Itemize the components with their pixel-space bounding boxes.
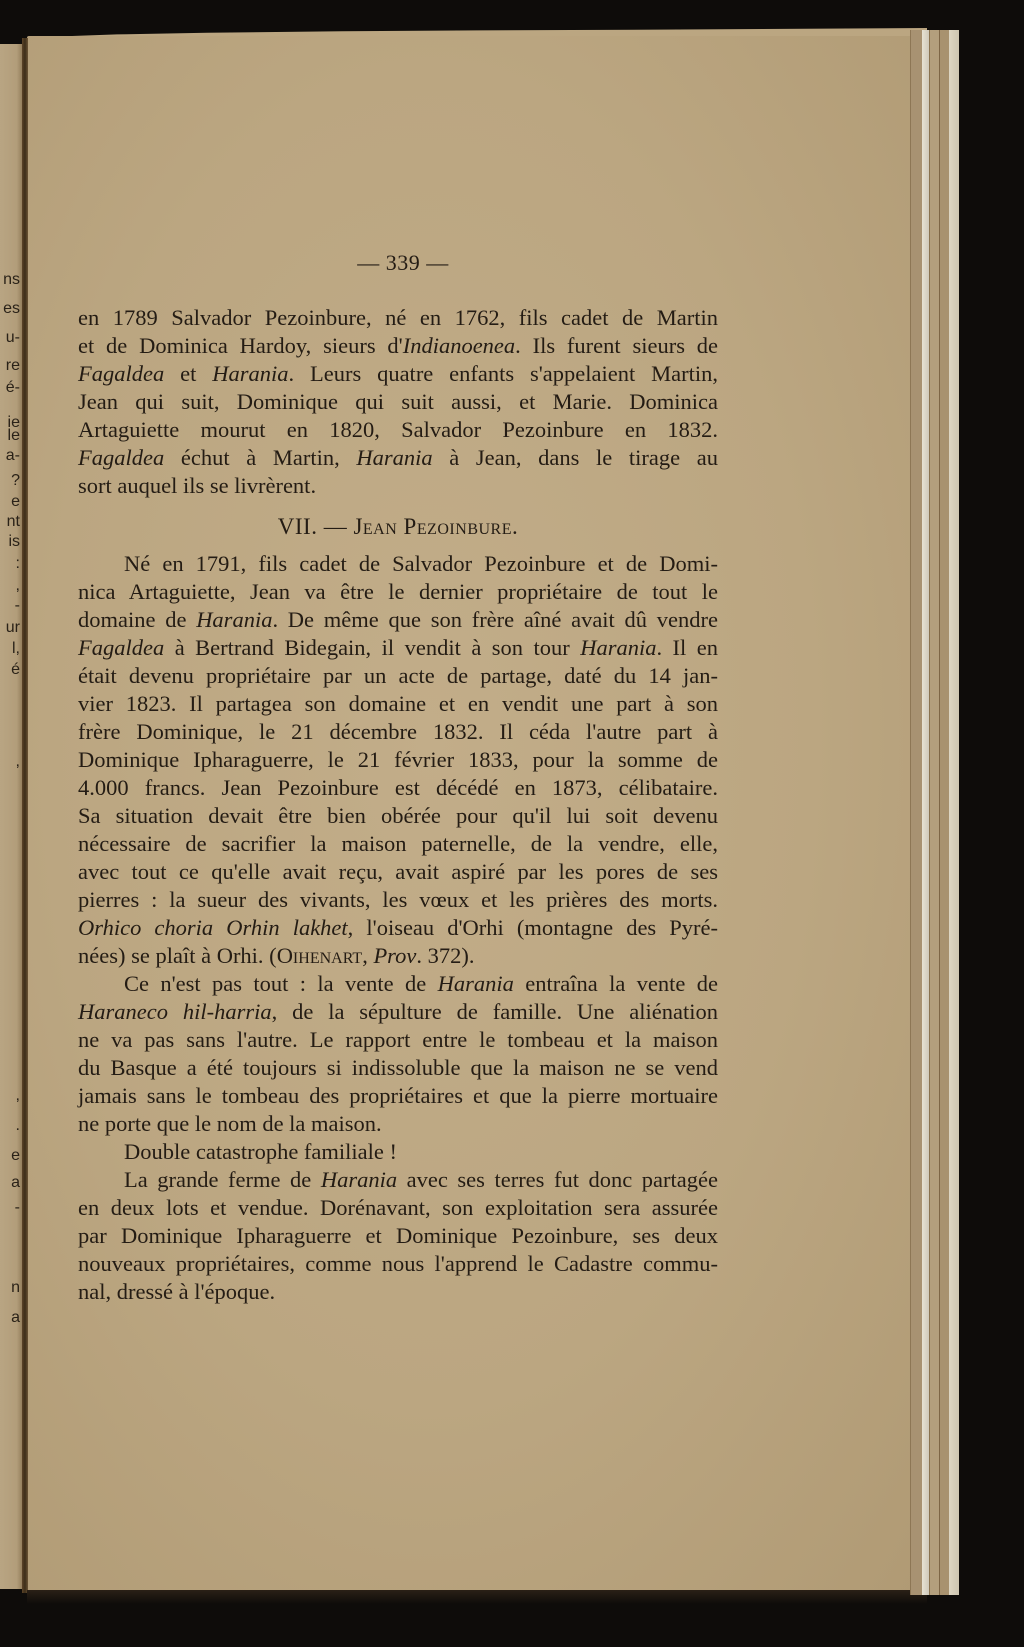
italic-name: Indianoenea: [403, 333, 515, 358]
text-line: nécessaire de sacrifier la maison patern…: [78, 830, 718, 858]
left-page-text-fragment: n: [11, 1280, 20, 1296]
text-line: Double catastrophe familiale !: [78, 1138, 718, 1166]
text-line: Fagaldea échut à Martin, Harania à Jean,…: [78, 444, 718, 472]
text-line: pierres : la sueur des vivants, les vœux…: [78, 886, 718, 914]
text-line: Ce n'est pas tout : la vente de Harania …: [78, 970, 718, 998]
text-line: Dominique Ipharaguerre, le 21 février 18…: [78, 746, 718, 774]
section-number: VII. —: [278, 514, 347, 539]
left-page-text-fragment: ,: [16, 578, 20, 594]
text-line: Né en 1791, fils cadet de Salvador Pezoi…: [78, 550, 718, 578]
left-page-text-fragment: e: [11, 494, 20, 510]
left-page-text-fragment: ?: [11, 473, 20, 489]
left-page-text-fragment: ,: [16, 1088, 20, 1104]
left-page-text-fragment: :: [16, 556, 20, 572]
text-line: Sa situation devait être bien obérée pou…: [78, 802, 718, 830]
text-line: 4.000 francs. Jean Pezoinbure est décédé…: [78, 774, 718, 802]
left-page-text-fragment: le: [8, 428, 20, 444]
left-page-edge: nsesu-reé-ielea-?entis:,-url,é,,.ea-na: [0, 44, 24, 1589]
left-page-text-fragment: a: [11, 1310, 20, 1326]
left-page-text-fragment: a-: [6, 448, 20, 464]
left-page-text-fragment: é: [11, 662, 20, 678]
left-page-text-fragment: é-: [6, 380, 20, 396]
left-page-text-fragment: is: [8, 534, 20, 550]
page-stack-edges: [910, 30, 960, 1595]
text-line: ne porte que le nom de la maison.: [78, 1110, 718, 1138]
text-line: Haraneco hil-harria, de la sépulture de …: [78, 998, 718, 1026]
scan-scene: nsesu-reé-ielea-?entis:,-url,é,,.ea-na —…: [0, 0, 1024, 1647]
left-page-text-fragment: u-: [6, 330, 20, 346]
text-line: avec tout ce qu'elle avait reçu, avait a…: [78, 858, 718, 886]
paragraph-cadastre: La grande ferme de Harania avec ses terr…: [78, 1166, 718, 1306]
edge-strip: [949, 30, 959, 1595]
page-content: — 339 — en 1789 Salvador Pezoinbure, né …: [78, 250, 718, 1306]
text-line: Fagaldea et Harania. Leurs quatre enfant…: [78, 360, 718, 388]
left-page-text-fragment: -: [15, 598, 20, 614]
text-line: Artaguiette mourut en 1820, Salvador Pez…: [78, 416, 718, 444]
left-page-text-fragment: e: [11, 1148, 20, 1164]
text-line: Orhico choria Orhin lakhet, l'oiseau d'O…: [78, 914, 718, 942]
left-page-text-fragment: ur: [6, 620, 20, 636]
text-line: du Basque a été toujours si indissoluble…: [78, 1054, 718, 1082]
paragraph-sepulture: Ce n'est pas tout : la vente de Harania …: [78, 970, 718, 1138]
page-gutter: [22, 38, 28, 1593]
paragraph-jean: Né en 1791, fils cadet de Salvador Pezoi…: [78, 550, 718, 970]
paragraph-catastrophe: Double catastrophe familiale !: [78, 1138, 718, 1166]
text-line: nouveaux propriétaires, comme nous l'app…: [78, 1250, 718, 1278]
left-page-text-fragment: a: [11, 1175, 20, 1191]
text-line: frère Dominique, le 21 décembre 1832. Il…: [78, 718, 718, 746]
left-page-text-fragment: .: [16, 1118, 20, 1134]
left-page-text-fragment: re: [6, 358, 20, 374]
left-page-text-fragment: l,: [12, 641, 20, 657]
text-line: jamais sans le tombeau des propriétaires…: [78, 1082, 718, 1110]
text-line: Fagaldea à Bertrand Bidegain, il vendit …: [78, 634, 718, 662]
text-line: domaine de Harania. De même que son frèr…: [78, 606, 718, 634]
text-line: vier 1823. Il partagea son domaine et en…: [78, 690, 718, 718]
text-line: Jean qui suit, Dominique qui suit aussi,…: [78, 388, 718, 416]
text-line: par Dominique Ipharaguerre et Dominique …: [78, 1222, 718, 1250]
text-line: en deux lots et vendue. Dorénavant, son …: [78, 1194, 718, 1222]
left-page-text-fragment: -: [15, 1200, 20, 1216]
text-line: nica Artaguiette, Jean va être le dernie…: [78, 578, 718, 606]
text-line: La grande ferme de Harania avec ses terr…: [78, 1166, 718, 1194]
text-line: sort auquel ils se livrèrent.: [78, 472, 718, 500]
left-page-text-fragment: nt: [7, 514, 20, 530]
text-line: était devenu propriétaire par un acte de…: [78, 662, 718, 690]
edge-strip: [922, 30, 929, 1595]
text-line: nées) se plaît à Orhi. (Oihenart, Prov. …: [78, 942, 718, 970]
left-page-text-fragment: ,: [16, 754, 20, 770]
left-page-text-fragment: es: [3, 301, 20, 317]
text-line: ne va pas sans l'autre. Le rapport entre…: [78, 1026, 718, 1054]
left-page-text-fragment: ns: [3, 272, 20, 288]
section-title: Jean Pezoinbure.: [353, 514, 518, 539]
text-line: en 1789 Salvador Pezoinbure, né en 1762,…: [78, 304, 718, 332]
text-line: et de Dominica Hardoy, sieurs d'Indianoe…: [78, 332, 718, 360]
page-bottom-shadow: [27, 1590, 927, 1604]
page-number: — 339 —: [88, 250, 718, 276]
section-heading: VII. — Jean Pezoinbure.: [78, 514, 718, 540]
text-line: nal, dressé à l'époque.: [78, 1278, 718, 1306]
paragraph-intro: en 1789 Salvador Pezoinbure, né en 1762,…: [78, 304, 718, 500]
